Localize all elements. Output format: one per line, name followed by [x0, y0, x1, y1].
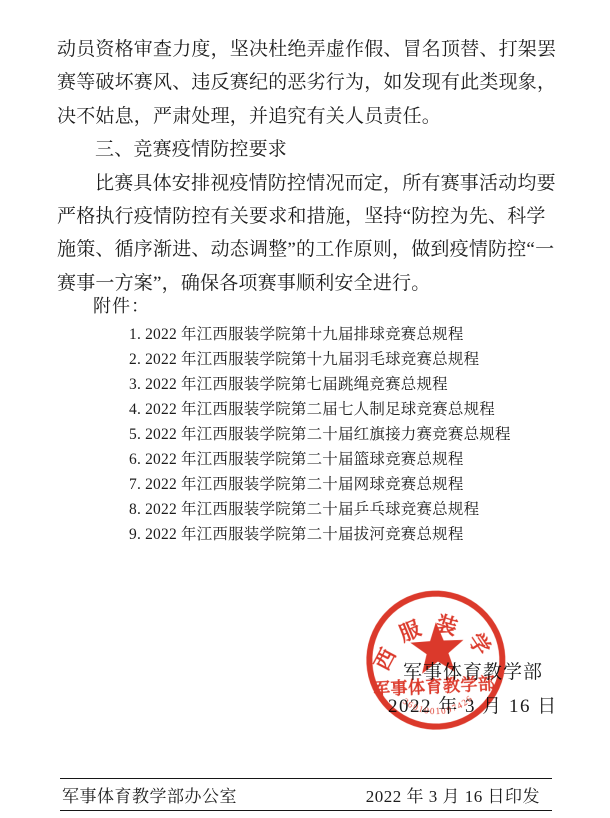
section-heading: 三、竞赛疫情防控要求 — [57, 133, 557, 166]
attachment-item: 2. 2022 年江西服装学院第十九届羽毛球竞赛总规程 — [129, 347, 549, 372]
paragraph1-line: 赛等破坏赛风、违反赛纪的恶劣行为，如发现有此类现象， — [57, 66, 557, 99]
attachments-list: 1. 2022 年江西服装学院第十九届排球竞赛总规程 2. 2022 年江西服装… — [129, 322, 549, 547]
attachment-item: 4. 2022 年江西服装学院第二届七人制足球竞赛总规程 — [129, 397, 549, 422]
attachment-item: 9. 2022 年江西服装学院第二十届拔河竞赛总规程 — [129, 522, 549, 547]
paragraph1-line: 决不姑息，严肃处理，并追究有关人员责任。 — [57, 100, 557, 133]
paragraph2-line: 严格执行疫情防控有关要求和措施，坚持“防控为先、科学 — [57, 200, 557, 233]
paragraph2-line: 施策、循序渐进、动态调整”的工作原则，做到疫情防控“一 — [57, 233, 557, 266]
footer-issuer: 军事体育教学部办公室 — [62, 782, 237, 807]
attachment-item: 3. 2022 年江西服装学院第七届跳绳竞赛总规程 — [129, 372, 549, 397]
attachment-item: 6. 2022 年江西服装学院第二十届篮球竞赛总规程 — [129, 447, 549, 472]
document-body: 动员资格审查力度，坚决杜绝弄虚作假、冒名顶替、打架罢 赛等破坏赛风、违反赛纪的恶… — [57, 33, 557, 300]
document-footer: 军事体育教学部办公室 2022 年 3 月 16 日印发 — [60, 778, 552, 811]
attachments-label: 附件： — [93, 295, 150, 317]
attachment-item: 1. 2022 年江西服装学院第十九届排球竞赛总规程 — [129, 322, 549, 347]
document-page: 动员资格审查力度，坚决杜绝弄虚作假、冒名顶替、打架罢 赛等破坏赛风、违反赛纪的恶… — [0, 0, 610, 818]
seal-name-text: 军事体育教学部 — [373, 673, 496, 699]
paragraph1-line: 动员资格审查力度，坚决杜绝弄虚作假、冒名顶替、打架罢 — [57, 33, 557, 66]
footer-print-date: 2022 年 3 月 16 日印发 — [366, 782, 540, 807]
paragraph2-line: 比赛具体安排视疫情防控情况而定，所有赛事活动均要 — [57, 167, 557, 200]
official-seal: 江西服装学院 军事体育教学部 3601001097426 — [352, 576, 525, 749]
attachment-item: 7. 2022 年江西服装学院第二十届网球竞赛总规程 — [129, 472, 549, 497]
attachment-item: 5. 2022 年江西服装学院第二十届红旗接力赛竞赛总规程 — [129, 422, 549, 447]
attachment-item: 8. 2022 年江西服装学院第二十届乒乓球竞赛总规程 — [129, 497, 549, 522]
